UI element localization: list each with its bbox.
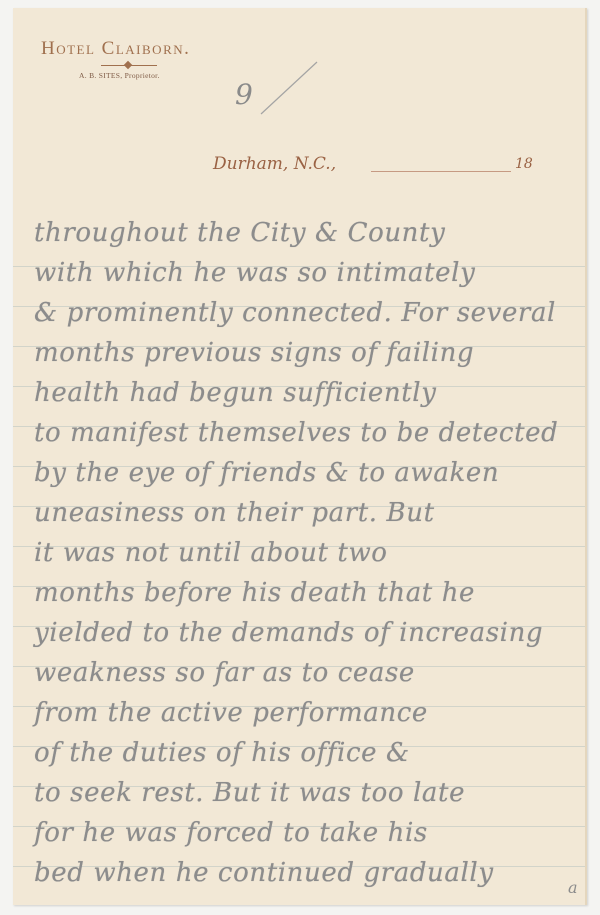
handwritten-line: yielded to the demands of increasing [34, 618, 574, 648]
letterhead-place: Durham, N.C., [213, 154, 336, 174]
folio-check-mark-icon [259, 58, 319, 118]
handwritten-line: bed when he continued gradually [34, 858, 574, 888]
date-line [371, 171, 511, 172]
handwritten-line: with which he was so intimately [34, 258, 574, 288]
handwritten-line: months previous signs of failing [34, 338, 574, 368]
letterhead-proprietor: A. B. SITES, Proprietor. [79, 71, 160, 80]
catchword: a [568, 878, 578, 897]
handwritten-line: to manifest themselves to be detected [34, 418, 574, 448]
handwritten-line: of the duties of his office & [34, 738, 574, 768]
letterhead-ornament [101, 62, 157, 70]
handwritten-line: it was not until about two [34, 538, 574, 568]
handwritten-line: to seek rest. But it was too late [34, 778, 574, 808]
handwritten-line: weakness so far as to cease [34, 658, 574, 688]
handwritten-line: from the active performance [34, 698, 574, 728]
handwritten-line: by the eye of friends & to awaken [34, 458, 574, 488]
letterhead-year: 18 [515, 156, 533, 172]
handwritten-line: & prominently connected. For several [34, 298, 574, 328]
handwritten-line: health had begun sufficiently [34, 378, 574, 408]
handwritten-line: throughout the City & County [34, 218, 574, 248]
handwritten-line: months before his death that he [34, 578, 574, 608]
letter-page: Hotel Claiborn. A. B. SITES, Proprietor.… [13, 8, 587, 905]
folio-number: 9 [235, 78, 253, 111]
handwritten-line: uneasiness on their part. But [34, 498, 574, 528]
handwritten-line: for he was forced to take his [34, 818, 574, 848]
letterhead-hotel-name: Hotel Claiborn. [41, 38, 190, 60]
